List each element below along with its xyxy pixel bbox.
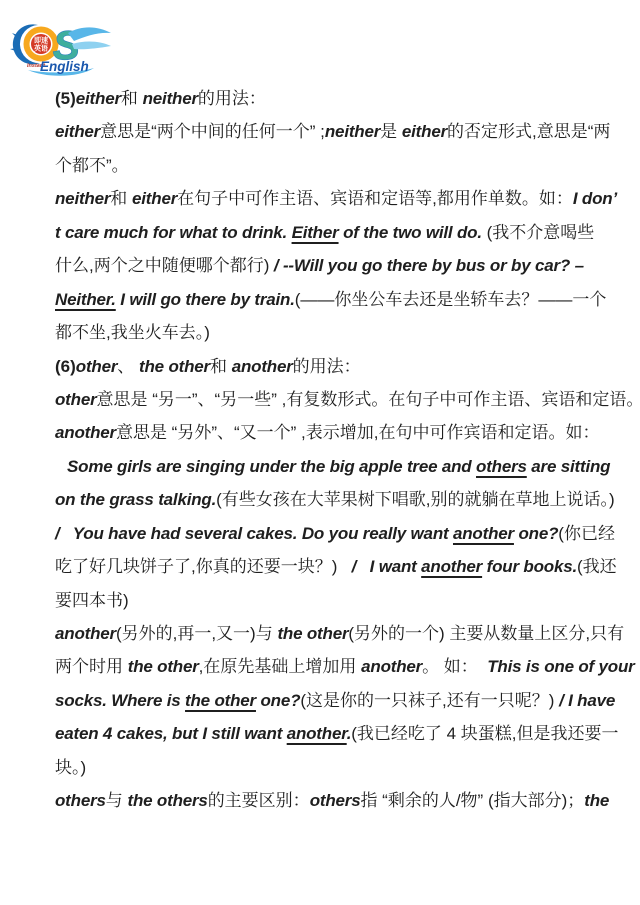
text-run: (——你坐公车去还是坐轿车去？——一个 (295, 290, 607, 309)
text-run: the other (139, 357, 210, 376)
text-line: 要四本书) (55, 584, 591, 617)
text-run: 的用法： (293, 357, 361, 376)
text-line: neither和 either在句子中可作主语、宾语和定语等,都用作单数。如：I… (55, 182, 591, 215)
text-run: 、 (117, 357, 139, 376)
text-run: (另外的一个) 主要从数量上区分,只有 (348, 624, 624, 643)
text-run: others (55, 791, 106, 810)
text-run: 要四本书) (55, 591, 129, 610)
text-run: 个都不”。 (55, 156, 129, 175)
text-run: 的否定形式,意思是“两 (447, 122, 610, 141)
text-run: 和 (121, 89, 143, 108)
underlined-term: others (476, 457, 527, 476)
text-line: 两个时用 the other,在原先基础上增加用 another。 如： Thi… (55, 650, 591, 683)
text-run: (我还 (577, 557, 617, 576)
text-run: socks. Where is (55, 691, 185, 710)
text-run: others (310, 791, 361, 810)
text-run: four books. (482, 557, 577, 576)
text-line: (6)other、 the other和 another的用法： (55, 350, 591, 383)
text-run: I will go there by train. (116, 290, 295, 309)
text-run: 意思是“两个中间的任何一个” ; (100, 122, 325, 141)
logo-badge: 即速 英语 (27, 30, 56, 59)
text-line: either意思是“两个中间的任何一个” ;neither是 either的否定… (55, 115, 591, 148)
instant-english-logo: 即速 英语 S Instant English (8, 18, 112, 82)
document-body: (5)either和 neither的用法：either意思是“两个中间的任何一… (55, 82, 591, 818)
logo-badge-text-bottom: 英语 (34, 44, 48, 53)
text-run: Some girls are singing under the big app… (67, 457, 476, 476)
text-run: 吃了好几块饼子了,你真的还要一块？) (55, 557, 352, 576)
text-run: (6) (55, 357, 76, 376)
text-run: 指 “剩余的人/物” (指大部分)； (360, 791, 584, 810)
text-run: other (55, 390, 97, 409)
page: { "page": { "background": "#ffffff", "te… (0, 0, 640, 905)
logo-badge-text-top: 即速 (34, 36, 48, 45)
underlined-term: Neither. (55, 290, 116, 309)
text-line: Neither. I will go there by train.(——你坐公… (55, 283, 591, 316)
underlined-term: another (453, 524, 514, 543)
text-run: I don’ (573, 189, 617, 208)
text-line: t care much for what to drink. Either of… (55, 216, 591, 249)
text-run: the other (128, 657, 199, 676)
text-line: 都不坐,我坐火车去。) (55, 316, 591, 349)
text-run: 意思是 “另外”、“又一个” ,表示增加,在句中可作宾语和定语。如： (116, 423, 600, 442)
text-run: the (584, 791, 609, 810)
text-line: 个都不”。 (55, 149, 591, 182)
text-run: 都不坐,我坐火车去。) (55, 323, 210, 342)
text-run: 和 (210, 357, 232, 376)
underlined-term: another (421, 557, 482, 576)
text-run: neither (55, 189, 110, 208)
text-run: eaten 4 cakes, but I still want (55, 724, 287, 743)
text-line: Some girls are singing under the big app… (55, 450, 591, 483)
text-run: 意思是 “另一”、“另一些” ,有复数形式。在句子中可作主语、宾语和定语。 (97, 390, 640, 409)
text-line: socks. Where is the other one?(这是你的一只袜子,… (55, 684, 591, 717)
text-run: another (55, 423, 116, 442)
text-run: one? (514, 524, 558, 543)
text-run: on the grass talking. (55, 490, 216, 509)
text-run: either (55, 122, 100, 141)
text-line: others与 the others的主要区别：others指 “剩余的人/物”… (55, 784, 591, 817)
text-run: either (402, 122, 447, 141)
text-run: / You have had several cakes. Do you rea… (55, 524, 453, 543)
text-run: t care much for what to drink. (55, 223, 292, 242)
text-run: (我已经吃了 4 块蛋糕,但是我还要一 (351, 724, 618, 743)
text-line: on the grass talking.(有些女孩在大苹果树下唱歌,别的就躺在… (55, 483, 591, 516)
text-run: 与 (106, 791, 128, 810)
text-run: This is one of your (487, 657, 634, 676)
text-run: one? (256, 691, 300, 710)
text-run: either (76, 89, 121, 108)
text-run: another (55, 624, 116, 643)
text-run: another (232, 357, 293, 376)
text-run: 两个时用 (55, 657, 128, 676)
text-run: / I want (352, 557, 422, 576)
text-run: of the two will do. (339, 223, 482, 242)
text-line: 块。) (55, 751, 591, 784)
text-line: / You have had several cakes. Do you rea… (55, 517, 591, 550)
text-run: are sitting (527, 457, 611, 476)
text-line: another(另外的,再一,又一)与 the other(另外的一个) 主要从… (55, 617, 591, 650)
text-run: 。 如： (422, 657, 487, 676)
text-run: other (76, 357, 118, 376)
text-run: (另外的,再一,又一)与 (116, 624, 278, 643)
text-run: 块。) (55, 758, 86, 777)
text-run: (这是你的一只袜子,还有一只呢？) (300, 691, 559, 710)
underlined-term: the other (185, 691, 256, 710)
text-run: (你已经 (558, 524, 615, 543)
text-run: / --Will you go there by bus or by car? … (269, 256, 584, 275)
text-run: / I have (559, 691, 615, 710)
text-run: 的用法： (198, 89, 266, 108)
text-run: 和 (110, 189, 132, 208)
text-run: ,在原先基础上增加用 (199, 657, 361, 676)
text-line: 什么,两个之中随便哪个都行) / --Will you go there by … (55, 249, 591, 282)
text-run: 什么,两个之中随便哪个都行) (55, 256, 269, 275)
text-line: another意思是 “另外”、“又一个” ,表示增加,在句中可作宾语和定语。如… (55, 416, 591, 449)
text-run: (我不介意喝些 (482, 223, 594, 242)
text-run: 是 (380, 122, 402, 141)
text-line: (5)either和 neither的用法： (55, 82, 591, 115)
text-line: other意思是 “另一”、“另一些” ,有复数形式。在句子中可作主语、宾语和定… (55, 383, 591, 416)
underlined-term: Either (292, 223, 339, 242)
text-run: 在句子中可作主语、宾语和定语等,都用作单数。如： (177, 189, 573, 208)
text-run: another (361, 657, 422, 676)
text-line: 吃了好几块饼子了,你真的还要一块？) / I want another four… (55, 550, 591, 583)
text-run: neither (325, 122, 380, 141)
text-run: either (132, 189, 177, 208)
text-run: (5) (55, 89, 76, 108)
text-line: eaten 4 cakes, but I still want another.… (55, 717, 591, 750)
underlined-term: another (287, 724, 347, 743)
text-run: neither (143, 89, 198, 108)
text-run: the others (128, 791, 208, 810)
text-run: (有些女孩在大苹果树下唱歌,别的就躺在草地上说话。) (216, 490, 615, 509)
text-run: the other (277, 624, 348, 643)
logo-tagline-english: English (40, 59, 89, 74)
text-run: 的主要区别： (208, 791, 310, 810)
